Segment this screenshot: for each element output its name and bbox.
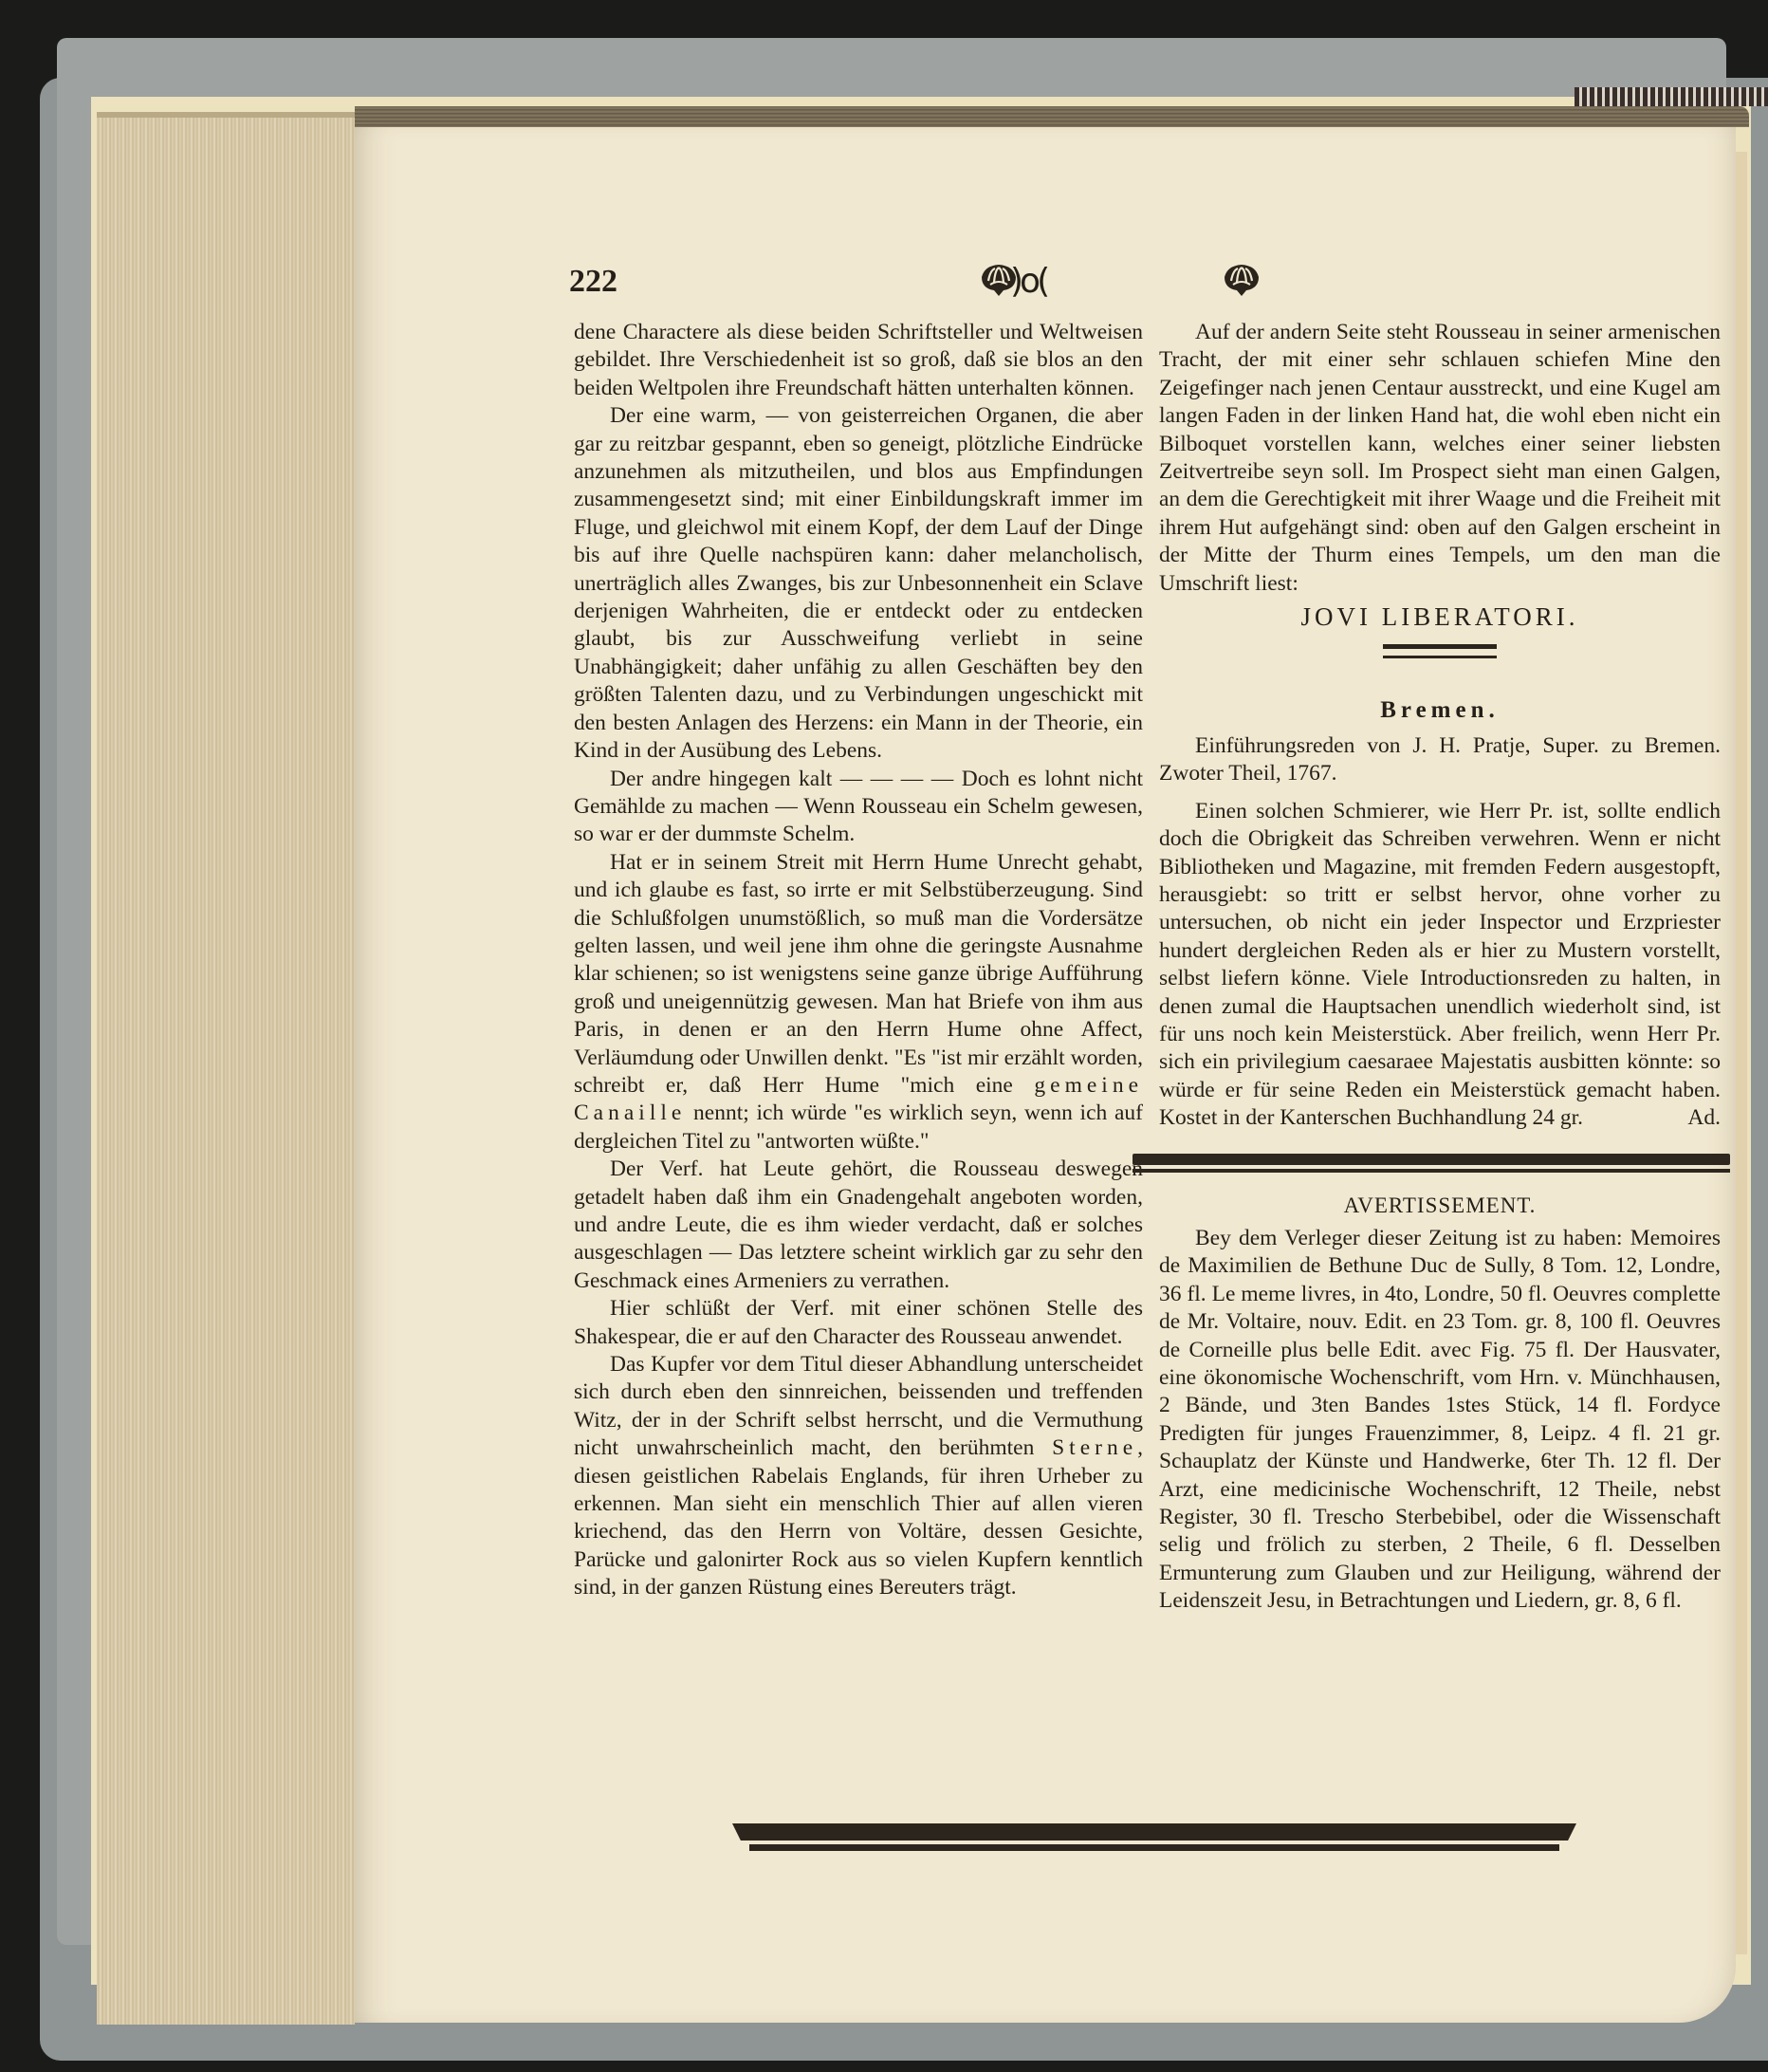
page-top-edges [355, 106, 1749, 127]
spaced-name: Sterne [1052, 1435, 1137, 1460]
review-signature: Ad. [1651, 1104, 1721, 1132]
inscription: JOVI LIBERATORI. [1159, 603, 1721, 631]
paragraph-kupfer: Das Kupfer vor dem Titul dieser Abhandlu… [574, 1351, 1143, 1602]
paragraph: Der eine warm, — von geisterreichen Orga… [574, 402, 1143, 765]
page-edges-stack [97, 112, 355, 2025]
right-column: Auf der andern Seite steht Rousseau in s… [1159, 319, 1721, 1616]
thick-divider [1133, 1154, 1730, 1175]
paragraph: Der Verf. hat Leute gehört, die Rousseau… [574, 1156, 1143, 1295]
left-column: dene Charactere als diese beiden Schrift… [574, 319, 1143, 1602]
center-ornament: )o( [1010, 262, 1046, 301]
paragraph: Auf der andern Seite steht Rousseau in s… [1159, 319, 1721, 598]
advert-intro: Bey dem Verleger dieser Zeitung ist zu h… [1195, 1226, 1623, 1250]
shell-ornament-icon [1222, 262, 1262, 300]
paragraph-text: Hat er in seinem Streit mit Herrn Hume U… [574, 850, 1143, 1098]
binding-stitch [1575, 87, 1768, 106]
paragraph: Hier schlüßt der Verf. mit einer schönen… [574, 1295, 1143, 1351]
paragraph: Der andre hingegen kalt — — — — Doch es … [574, 766, 1143, 849]
page-fore-edge [1736, 152, 1747, 1954]
paragraph-hume: Hat er in seinem Streit mit Herrn Hume U… [574, 849, 1143, 1156]
section-heading: Bremen. [1159, 696, 1721, 724]
paragraph: dene Charactere als diese beiden Schrift… [574, 319, 1143, 402]
review-paragraph: Einen solchen Schmierer, wie Herr Pr. is… [1159, 798, 1721, 1133]
running-head: 222 )o( [569, 258, 1726, 305]
review-text: Einen solchen Schmierer, wie Herr Pr. is… [1159, 799, 1721, 1075]
advertisement-heading: AVERTISSEMENT. [1159, 1192, 1721, 1219]
latin-phrase: privilegium caesaraee Majestatis [1237, 1049, 1532, 1074]
book-title: Einführungsreden von J. H. Pratje, Super… [1159, 732, 1721, 788]
page-number: 222 [569, 264, 617, 300]
section-divider [1383, 644, 1497, 658]
bottom-divider [732, 1823, 1576, 1854]
advert-german-titles: Der Hausvater, eine ökonomische Wochensc… [1159, 1338, 1721, 1614]
advertisement-text: Bey dem Verleger dieser Zeitung ist zu h… [1159, 1225, 1721, 1616]
